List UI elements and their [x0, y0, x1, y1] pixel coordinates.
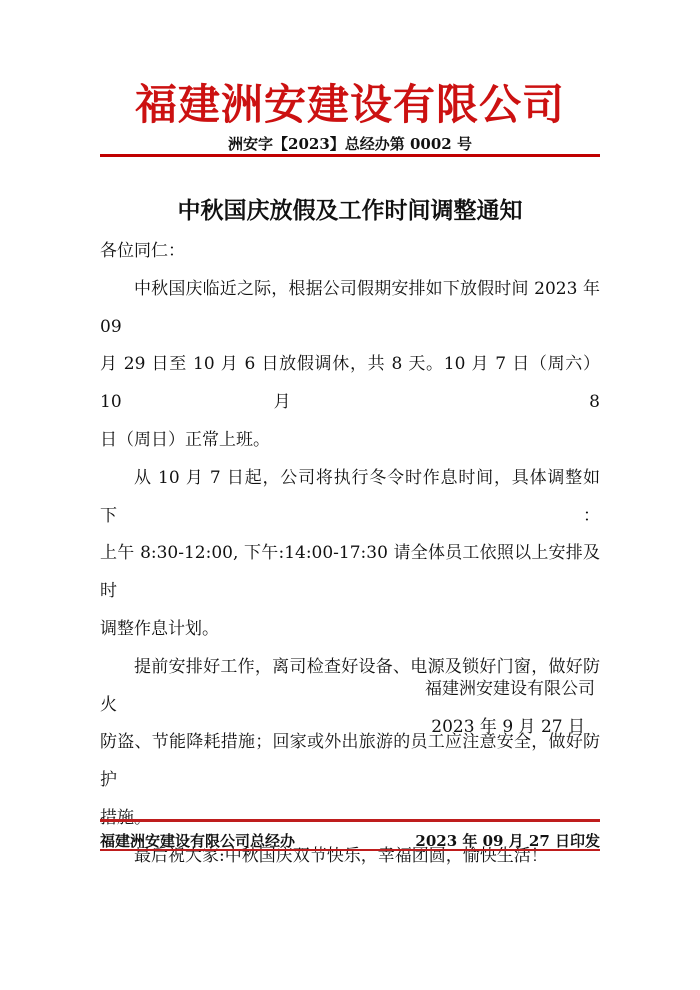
notice-body-line: 从 10 月 7 日起，公司将执行冬令时作息时间，具体调整如下： [100, 460, 600, 536]
notice-body-line: 月 29 日至 10 月 6 日放假调休，共 8 天。10 月 7 日（周六）1… [100, 346, 600, 422]
notice-body-line: 调整作息计划。 [100, 611, 600, 649]
document-page: 福建洲安建设有限公司 洲安字【2023】总经办第 0002 号 中秋国庆放假及工… [0, 0, 700, 990]
notice-body-line: 日（周日）正常上班。 [100, 422, 600, 460]
salutation: 各位同仁： [100, 233, 600, 271]
notice-body-line: 上午 8:30-12:00, 下午:14:00-17:30 请全体员工依照以上安… [100, 535, 600, 611]
company-name-header: 福建洲安建设有限公司 [0, 78, 700, 132]
footer-print-date: 2023 年 09 月 27 日印发 [415, 833, 600, 849]
notice-body-lines: 中秋国庆临近之际，根据公司假期安排如下放假时间 2023 年 09月 29 日至… [100, 271, 600, 876]
doc-number: 洲安字【2023】总经办第 0002 号 [0, 134, 700, 154]
footer-issuer: 福建洲安建设有限公司总经办 [100, 833, 295, 849]
notice-body-line: 中秋国庆临近之际，根据公司假期安排如下放假时间 2023 年 09 [100, 271, 600, 347]
signature-company: 福建洲安建设有限公司 [100, 670, 600, 708]
notice-body: 各位同仁： 中秋国庆临近之际，根据公司假期安排如下放假时间 2023 年 09月… [100, 233, 600, 876]
notice-title: 中秋国庆放假及工作时间调整通知 [0, 195, 700, 226]
footer: 福建洲安建设有限公司总经办 2023 年 09 月 27 日印发 [100, 819, 600, 851]
signature-date: 2023 年 9 月 27 日 [100, 708, 600, 746]
header-rule [100, 154, 600, 157]
